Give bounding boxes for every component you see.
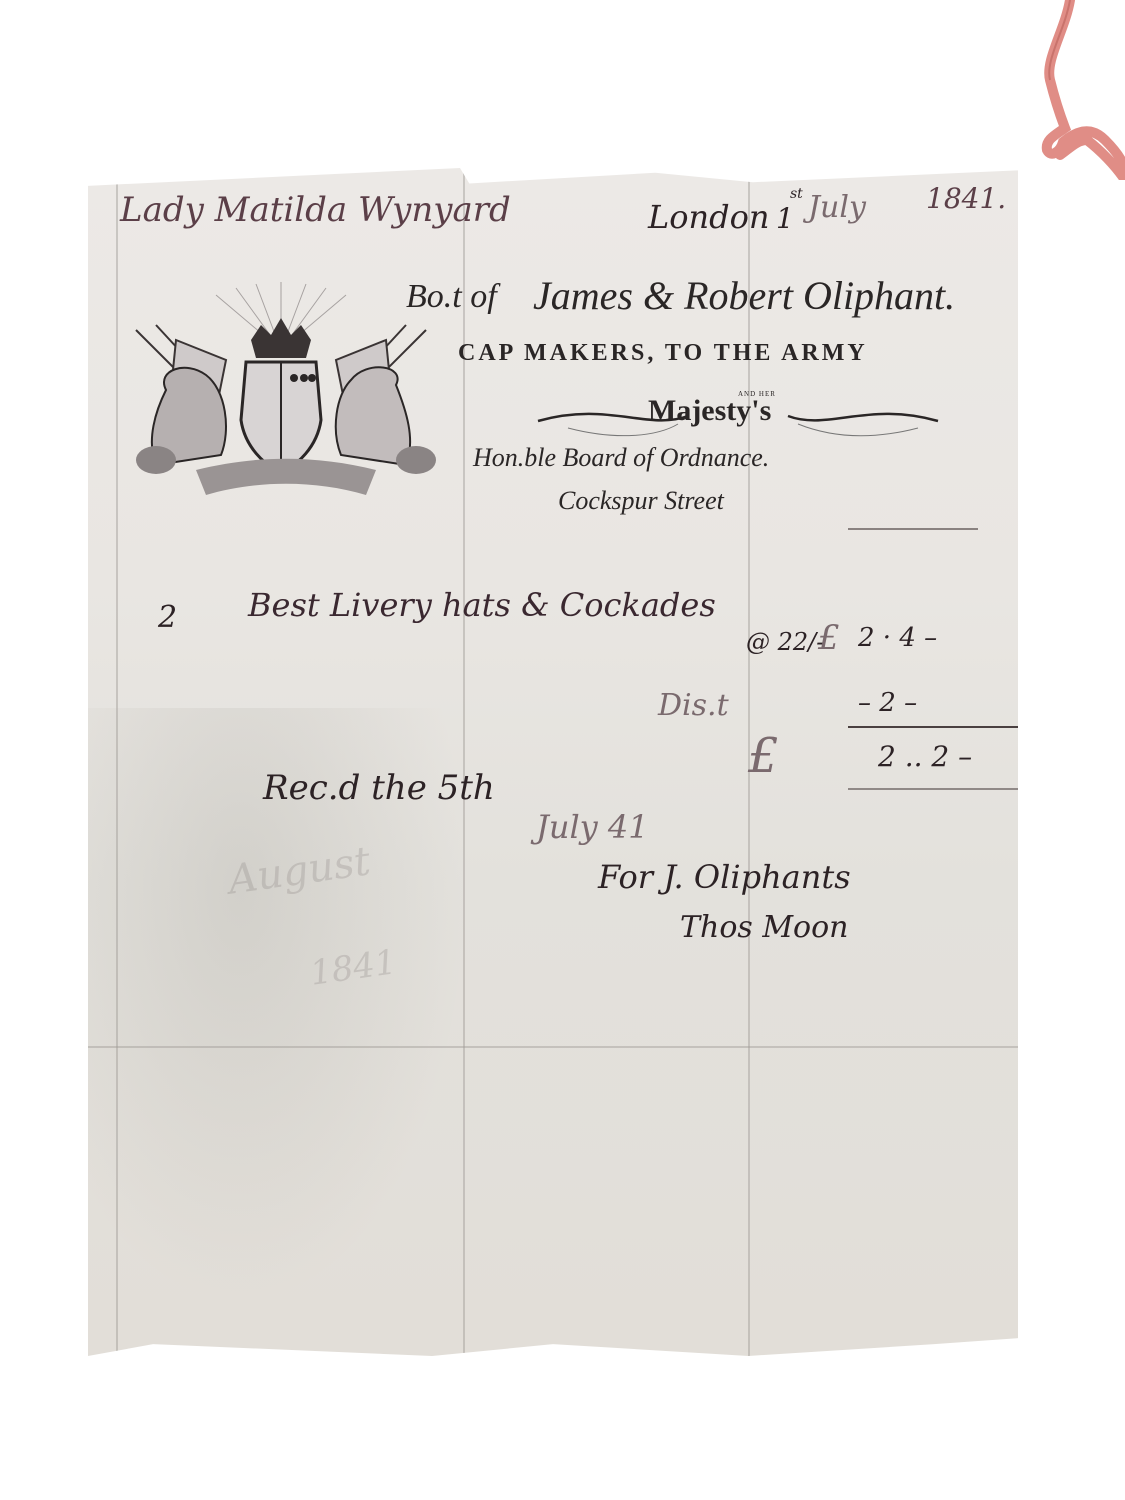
- ribbon-tie-decoration: [1015, 0, 1125, 180]
- item-qty: 2: [158, 600, 177, 635]
- item-amount: 2 · 4 –: [858, 623, 937, 653]
- firm-address: Cockspur Street: [558, 486, 724, 516]
- fold-crease: [88, 1046, 1018, 1048]
- firm-name: James & Robert Oliphant.: [533, 272, 955, 319]
- bought-of-label: Bo.t of: [406, 278, 497, 316]
- item-currency: £: [818, 618, 840, 658]
- discount-label: Dis.t: [658, 688, 729, 723]
- total-rule: [848, 788, 1043, 790]
- total-amount: 2 .. 2 –: [878, 740, 972, 773]
- invoice-month: July: [808, 190, 866, 225]
- total-currency: £: [748, 728, 779, 784]
- invoice-day-suffix: st: [790, 186, 803, 202]
- customer-name: Lady Matilda Wynyard: [120, 190, 511, 230]
- trade-line: CAP MAKERS, TO THE ARMY: [458, 340, 868, 367]
- receipt-for: For J. Oliphants: [598, 858, 851, 896]
- discount-amount: – 2 –: [858, 688, 917, 718]
- header-rule: [848, 528, 978, 530]
- place-name: London: [648, 198, 769, 236]
- item-description: Best Livery hats & Cockades: [248, 586, 716, 624]
- receipt-signature: Thos Moon: [680, 910, 849, 945]
- flourish-decoration: [528, 386, 948, 446]
- invoice-year: 1841.: [926, 182, 1006, 215]
- invoice-day: 1: [776, 202, 794, 235]
- subtotal-rule: [848, 726, 1043, 728]
- invoice-sheet: Lady Matilda Wynyard London 1 st July 18…: [88, 168, 1018, 1356]
- board-of-ordnance: Hon.ble Board of Ordnance.: [473, 443, 769, 473]
- item-rate: @ 22/-: [746, 628, 824, 656]
- receipt-received: Rec.d the 5th: [263, 768, 495, 808]
- receipt-date: July 41: [536, 808, 649, 846]
- royal-crest-icon: [116, 280, 446, 500]
